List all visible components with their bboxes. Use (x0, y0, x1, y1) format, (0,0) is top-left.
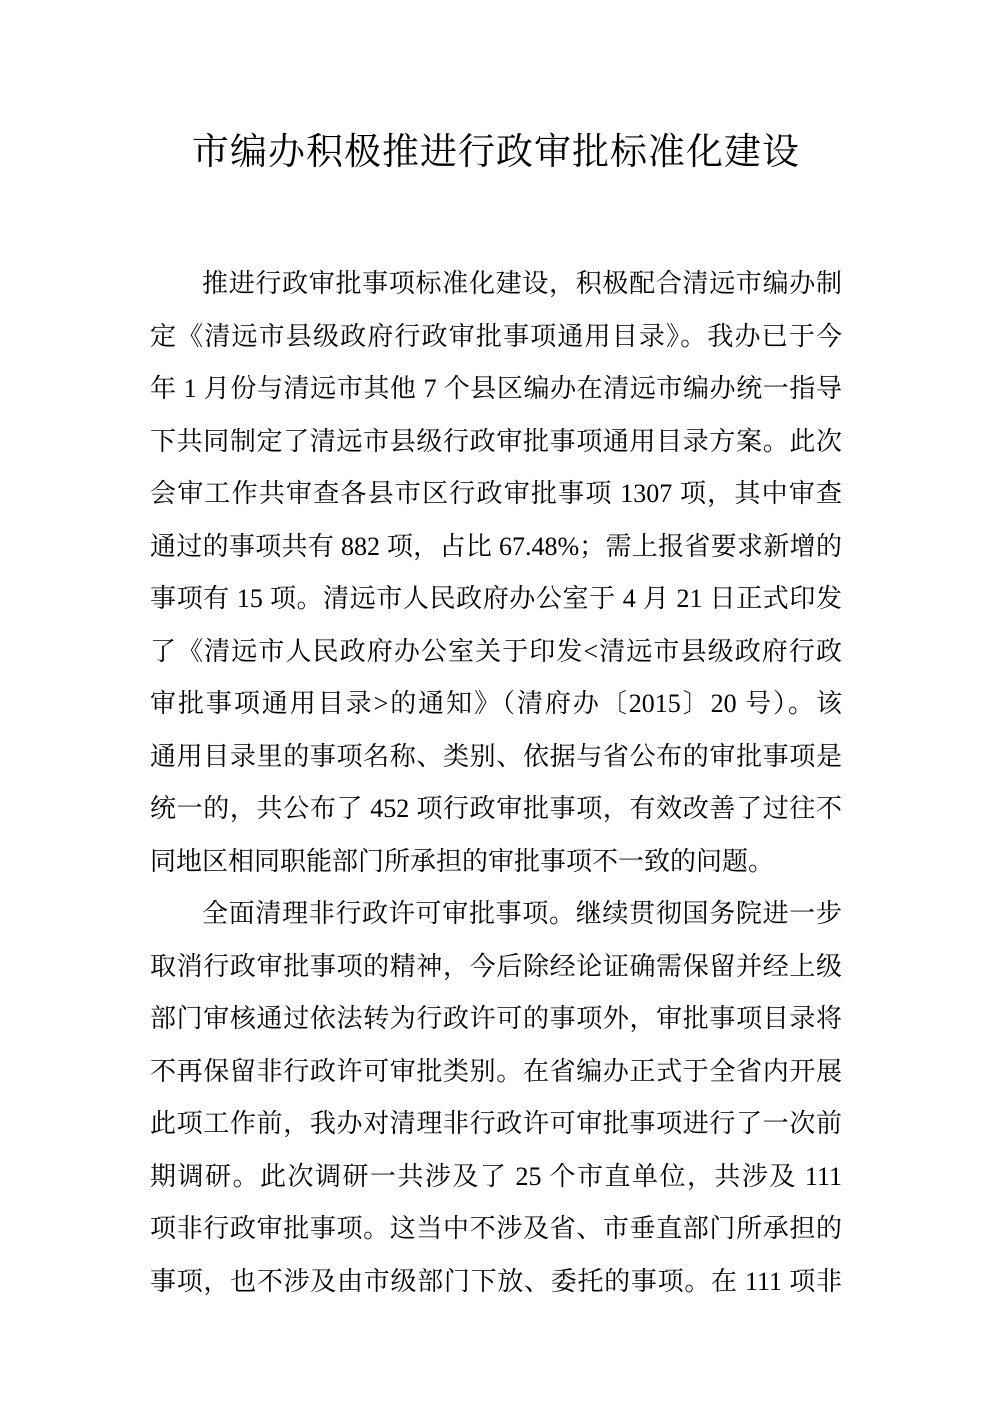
paragraph-1-line: 下共同制定了清远市县级行政审批事项通用目录方案。此次 (150, 416, 842, 469)
paragraph-1-line: 事项有 15 项。清远市人民政府办公室于 4 月 21 日正式印发 (150, 573, 842, 626)
paragraph-2-line: 项非行政审批事项。这当中不涉及省、市垂直部门所承担的 (150, 1203, 842, 1256)
paragraph-2-line: 此项工作前，我办对清理非行政许可审批事项进行了一次前 (150, 1098, 842, 1151)
paragraph-1-line: 同地区相同职能部门所承担的审批事项不一致的问题。 (150, 836, 842, 889)
paragraph-2-line: 全面清理非行政许可审批事项。继续贯彻国务院进一步 (150, 888, 842, 941)
paragraph-1-line: 统一的，共公布了 452 项行政审批事项，有效改善了过往不 (150, 783, 842, 836)
paragraph-2-line: 不再保留非行政许可审批类别。在省编办正式于全省内开展 (150, 1046, 842, 1099)
paragraph-1-line: 推进行政审批事项标准化建设，积极配合清远市编办制 (150, 258, 842, 311)
paragraph-2-line: 取消行政审批事项的精神，今后除经论证确需保留并经上级 (150, 941, 842, 994)
document-body: 推进行政审批事项标准化建设，积极配合清远市编办制定《清远市县级政府行政审批事项通… (150, 258, 842, 1308)
paragraph-1-line: 年 1 月份与清远市其他 7 个县区编办在清远市编办统一指导 (150, 363, 842, 416)
paragraph-1-line: 会审工作共审查各县市区行政审批事项 1307 项，其中审查 (150, 468, 842, 521)
document-title: 市编办积极推进行政审批标准化建设 (0, 0, 992, 176)
paragraph-1-line: 通用目录里的事项名称、类别、依据与省公布的审批事项是 (150, 731, 842, 784)
paragraph-2-line: 事项，也不涉及由市级部门下放、委托的事项。在 111 项非 (150, 1256, 842, 1309)
paragraph-2-line: 期调研。此次调研一共涉及了 25 个市直单位，共涉及 111 (150, 1151, 842, 1204)
paragraph-1-line: 了《清远市人民政府办公室关于印发<清远市县级政府行政 (150, 626, 842, 679)
paragraph-2-line: 部门审核通过依法转为行政许可的事项外，审批事项目录将 (150, 993, 842, 1046)
paragraph-1-line: 定《清远市县级政府行政审批事项通用目录》。我办已于今 (150, 311, 842, 364)
paragraph-1-line: 审批事项通用目录>的通知》（清府办〔2015〕20 号）。该 (150, 678, 842, 731)
paragraph-1-line: 通过的事项共有 882 项，占比 67.48%；需上报省要求新增的 (150, 521, 842, 574)
document-page: 市编办积极推进行政审批标准化建设 推进行政审批事项标准化建设，积极配合清远市编办… (0, 0, 992, 1403)
